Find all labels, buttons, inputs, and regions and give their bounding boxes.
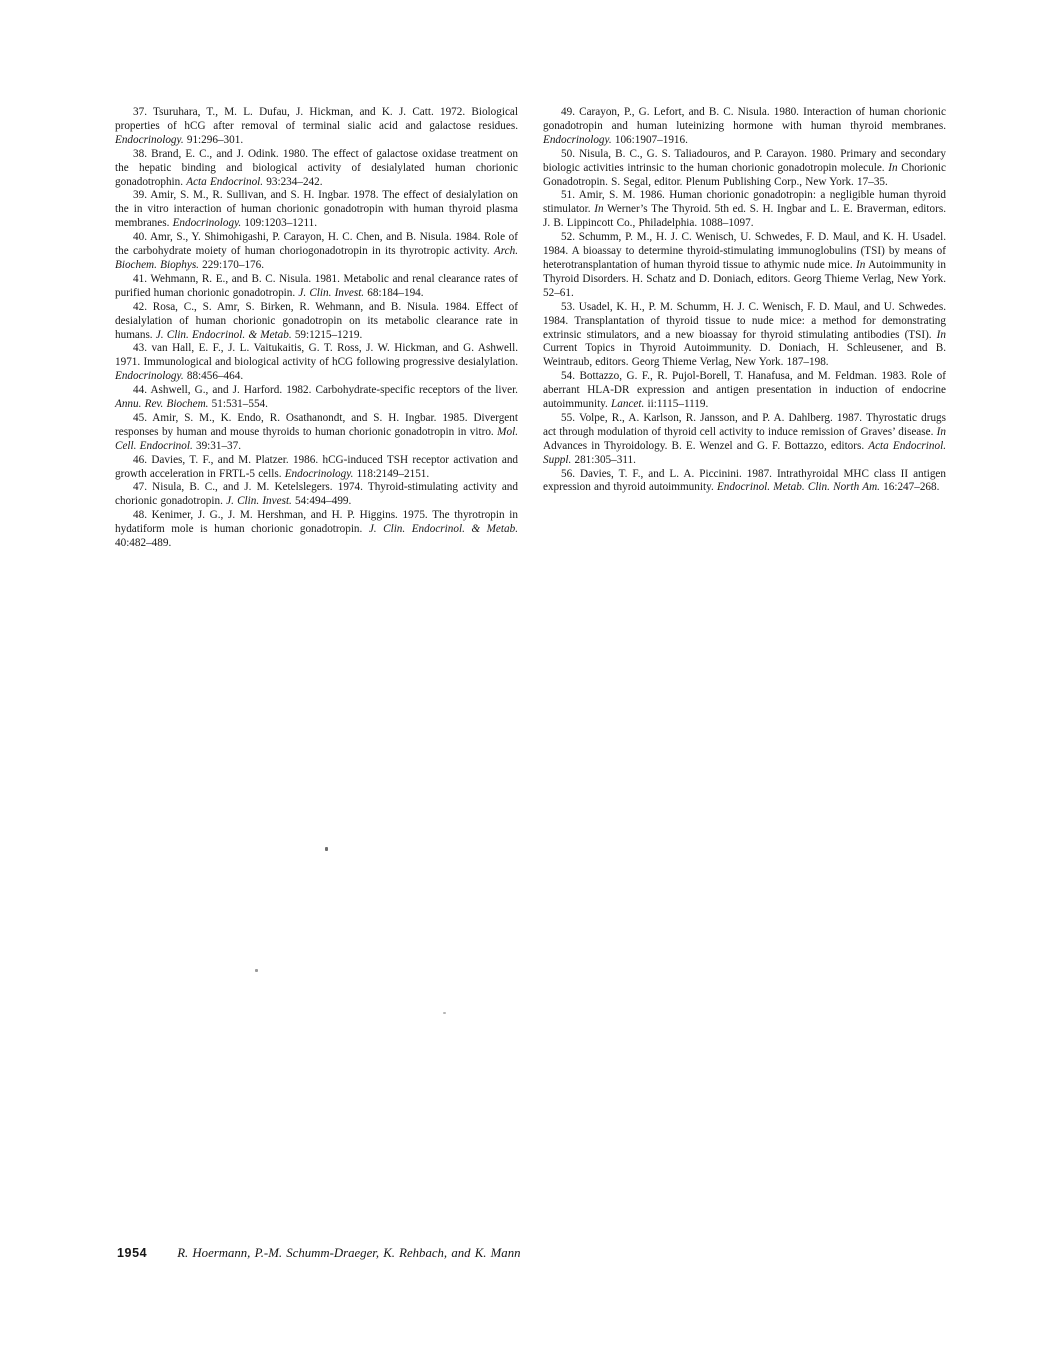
reference-56: 56. Davies, T. F., and L. A. Piccinini. … — [543, 468, 946, 496]
reference-italic-text: In — [856, 259, 865, 271]
reference-number: 47. — [133, 481, 152, 493]
reference-text: ii:1115–1119. — [644, 398, 708, 410]
reference-number: 45. — [133, 412, 152, 424]
reference-54: 54. Bottazzo, G. F., R. Pujol-Borell, T.… — [543, 370, 946, 412]
running-authors: R. Hoermann, P.-M. Schumm-Draeger, K. Re… — [177, 1246, 520, 1261]
reference-text: 59:1215–1219. — [292, 329, 363, 341]
reference-text: 281:305–311. — [571, 454, 636, 466]
scan-speck — [255, 969, 258, 972]
reference-52: 52. Schumm, P. M., H. J. C. Wenisch, U. … — [543, 231, 946, 301]
page-footer: 1954 R. Hoermann, P.-M. Schumm-Draeger, … — [117, 1246, 521, 1261]
references-column-right: 49. Carayon, P., G. Lefort, and B. C. Ni… — [543, 106, 946, 551]
reference-number: 37. — [133, 106, 153, 118]
reference-text: Ashwell, G., and J. Harford. 1982. Carbo… — [150, 384, 518, 396]
reference-text: 93:234–242. — [263, 176, 322, 188]
reference-38: 38. Brand, E. C., and J. Odink. 1980. Th… — [115, 148, 518, 190]
reference-italic-text: Lancet. — [611, 398, 644, 410]
reference-italic-text: Endocrinology. — [115, 134, 184, 146]
reference-italic-text: In — [594, 203, 603, 215]
reference-text: 54:494–499. — [292, 495, 351, 507]
reference-italic-text: J. Clin. Endocrinol. & Metab. — [369, 523, 518, 535]
reference-number: 38. — [133, 148, 151, 160]
reference-text: 39:31–37. — [193, 440, 241, 452]
page-number: 1954 — [117, 1246, 147, 1260]
reference-49: 49. Carayon, P., G. Lefort, and B. C. Ni… — [543, 106, 946, 148]
reference-italic-text: Endocrinology. — [285, 468, 354, 480]
reference-text: 106:1907–1916. — [612, 134, 688, 146]
reference-text: Current Topics in Thyroid Autoimmunity. … — [543, 342, 946, 368]
reference-number: 43. — [133, 342, 151, 354]
reference-text: Tsuruhara, T., M. L. Dufau, J. Hickman, … — [115, 106, 518, 132]
reference-number: 53. — [561, 301, 579, 313]
scan-speck — [443, 1012, 446, 1014]
reference-50: 50. Nisula, B. C., G. S. Taliadouros, an… — [543, 148, 946, 190]
reference-44: 44. Ashwell, G., and J. Harford. 1982. C… — [115, 384, 518, 412]
reference-number: 39. — [133, 189, 150, 201]
reference-number: 40. — [133, 231, 150, 243]
reference-53: 53. Usadel, K. H., P. M. Schumm, H. J. C… — [543, 301, 946, 371]
reference-text: 229:170–176. — [199, 259, 264, 271]
reference-number: 52. — [561, 231, 579, 243]
reference-text: 40:482–489. — [115, 537, 171, 549]
reference-48: 48. Kenimer, J. G., J. M. Hershman, and … — [115, 509, 518, 551]
reference-text: Volpe, R., A. Karlson, R. Jansson, and P… — [543, 412, 946, 438]
reference-text: 68:184–194. — [364, 287, 423, 299]
reference-number: 46. — [133, 454, 151, 466]
reference-text: 16:247–268. — [880, 481, 939, 493]
references-section: 37. Tsuruhara, T., M. L. Dufau, J. Hickm… — [115, 106, 946, 551]
reference-40: 40. Amr, S., Y. Shimohigashi, P. Carayon… — [115, 231, 518, 273]
reference-italic-text: Endocrinol. Metab. Clin. North Am. — [717, 481, 880, 493]
reference-italic-text: In — [937, 329, 946, 341]
reference-43: 43. van Hall, E. F., J. L. Vaitukaitis, … — [115, 342, 518, 384]
reference-italic-text: J. Clin. Invest. — [298, 287, 364, 299]
reference-text: 91:296–301. — [184, 134, 243, 146]
reference-text: Nisula, B. C., G. S. Taliadouros, and P.… — [543, 148, 946, 174]
reference-number: 54. — [561, 370, 579, 382]
reference-text: 88:456–464. — [184, 370, 243, 382]
reference-45: 45. Amir, S. M., K. Endo, R. Osathanondt… — [115, 412, 518, 454]
reference-italic-text: In — [937, 426, 946, 438]
references-column-left: 37. Tsuruhara, T., M. L. Dufau, J. Hickm… — [115, 106, 518, 551]
reference-51: 51. Amir, S. M. 1986. Human chorionic go… — [543, 189, 946, 231]
reference-42: 42. Rosa, C., S. Amr, S. Birken, R. Wehm… — [115, 301, 518, 343]
scan-speck — [325, 847, 328, 851]
reference-number: 50. — [561, 148, 579, 160]
journal-page: 37. Tsuruhara, T., M. L. Dufau, J. Hickm… — [0, 0, 1051, 1370]
reference-text: 51:531–554. — [208, 398, 267, 410]
reference-number: 44. — [133, 384, 150, 396]
reference-41: 41. Wehmann, R. E., and B. C. Nisula. 19… — [115, 273, 518, 301]
reference-text: Werner’s The Thyroid. 5th ed. S. H. Ingb… — [543, 203, 946, 229]
reference-text: Bottazzo, G. F., R. Pujol-Borell, T. Han… — [543, 370, 946, 410]
reference-number: 56. — [561, 468, 580, 480]
reference-italic-text: Endocrinology. — [543, 134, 612, 146]
reference-number: 48. — [133, 509, 152, 521]
reference-text: 109:1203–1211. — [241, 217, 317, 229]
reference-39: 39. Amir, S. M., R. Sullivan, and S. H. … — [115, 189, 518, 231]
reference-italic-text: Annu. Rev. Biochem. — [115, 398, 208, 410]
reference-text: Amr, S., Y. Shimohigashi, P. Carayon, H.… — [115, 231, 518, 257]
reference-number: 41. — [133, 273, 150, 285]
reference-46: 46. Davies, T. F., and M. Platzer. 1986.… — [115, 454, 518, 482]
reference-italic-text: J. Clin. Endocrinol. & Metab. — [156, 329, 292, 341]
reference-italic-text: Endocrinology. — [115, 370, 184, 382]
reference-text: Amir, S. M., K. Endo, R. Osathanondt, an… — [115, 412, 518, 438]
reference-italic-text: In — [888, 162, 897, 174]
reference-47: 47. Nisula, B. C., and J. M. Ketelsleger… — [115, 481, 518, 509]
reference-55: 55. Volpe, R., A. Karlson, R. Jansson, a… — [543, 412, 946, 468]
reference-text: 118:2149–2151. — [353, 468, 429, 480]
reference-text: Usadel, K. H., P. M. Schumm, H. J. C. We… — [543, 301, 946, 341]
reference-text: Advances in Thyroidology. B. E. Wenzel a… — [543, 440, 868, 452]
reference-text: Carayon, P., G. Lefort, and B. C. Nisula… — [543, 106, 946, 132]
reference-37: 37. Tsuruhara, T., M. L. Dufau, J. Hickm… — [115, 106, 518, 148]
reference-italic-text: Endocrinology. — [173, 217, 242, 229]
reference-number: 42. — [133, 301, 153, 313]
reference-italic-text: Acta Endocrinol. — [186, 176, 263, 188]
reference-text: van Hall, E. F., J. L. Vaitukaitis, G. T… — [115, 342, 518, 368]
reference-number: 49. — [561, 106, 579, 118]
reference-number: 51. — [561, 189, 579, 201]
reference-number: 55. — [561, 412, 579, 424]
reference-italic-text: J. Clin. Invest. — [226, 495, 292, 507]
